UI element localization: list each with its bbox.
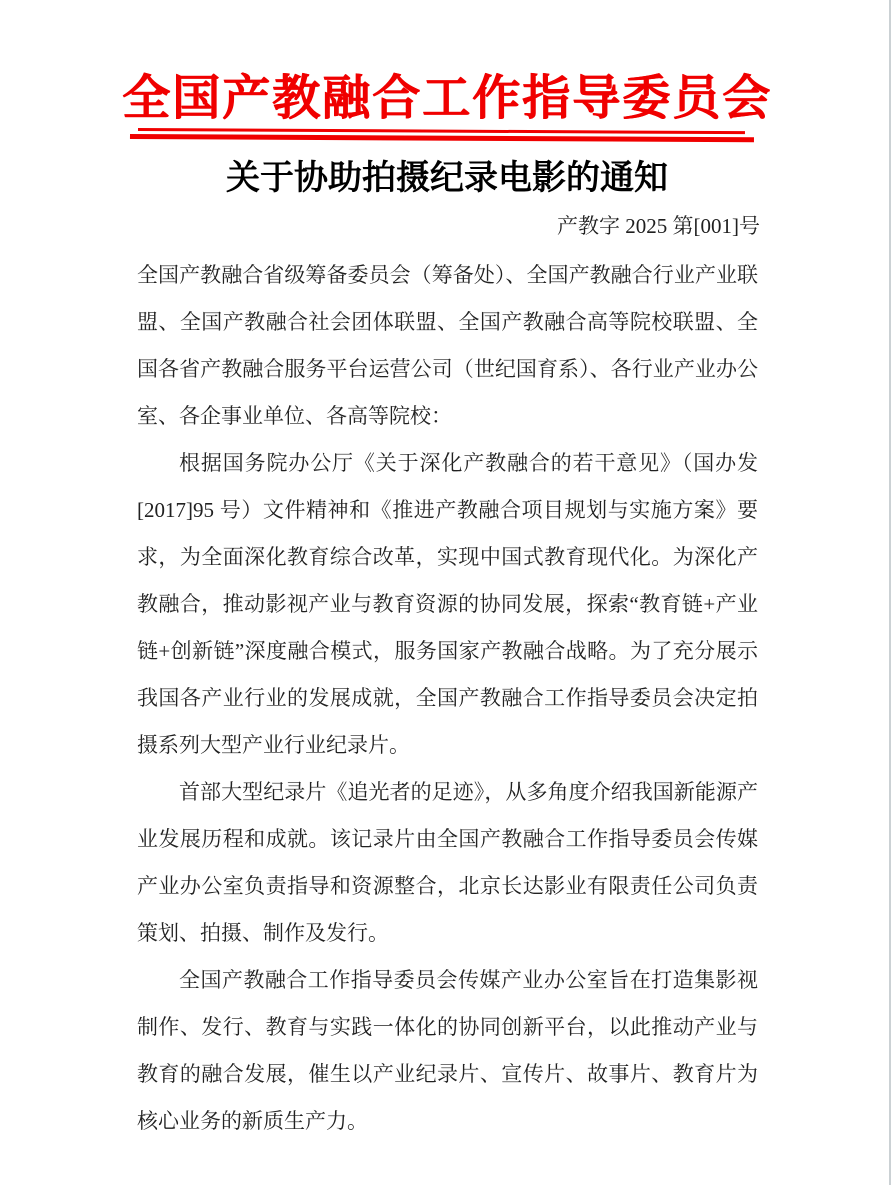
doc-body: 全国产教融合省级筹备委员会（筹备处）、全国产教融合行业产业联盟、全国产教融合社会… <box>137 252 758 1145</box>
paragraph-addressees: 全国产教融合省级筹备委员会（筹备处）、全国产教融合行业产业联盟、全国产教融合社会… <box>137 252 758 440</box>
paragraph-first-film: 首部大型纪录片《追光者的足迹》，从多角度介绍我国新能源产业发展历程和成就。该记录… <box>137 769 758 957</box>
org-name-red-header: 全国产教融合工作指导委员会 <box>0 70 894 126</box>
doc-number: 产教字 2025 第[001]号 <box>137 211 760 241</box>
notice-document-page: { "document": { "org_name": "全国产教融合工作指导委… <box>0 0 894 1185</box>
paragraph-media-office: 全国产教融合工作指导委员会传媒产业办公室旨在打造集影视制作、发行、教育与实践一体… <box>137 957 758 1145</box>
paragraph-basis: 根据国务院办公厅《关于深化产教融合的若干意见》（国办发[2017]95 号）文件… <box>137 440 758 769</box>
page-edge-line <box>889 0 891 1185</box>
red-divider-thick <box>130 134 754 142</box>
doc-title: 关于协助拍摄纪录电影的通知 <box>0 155 894 201</box>
red-divider-thin <box>138 128 745 134</box>
